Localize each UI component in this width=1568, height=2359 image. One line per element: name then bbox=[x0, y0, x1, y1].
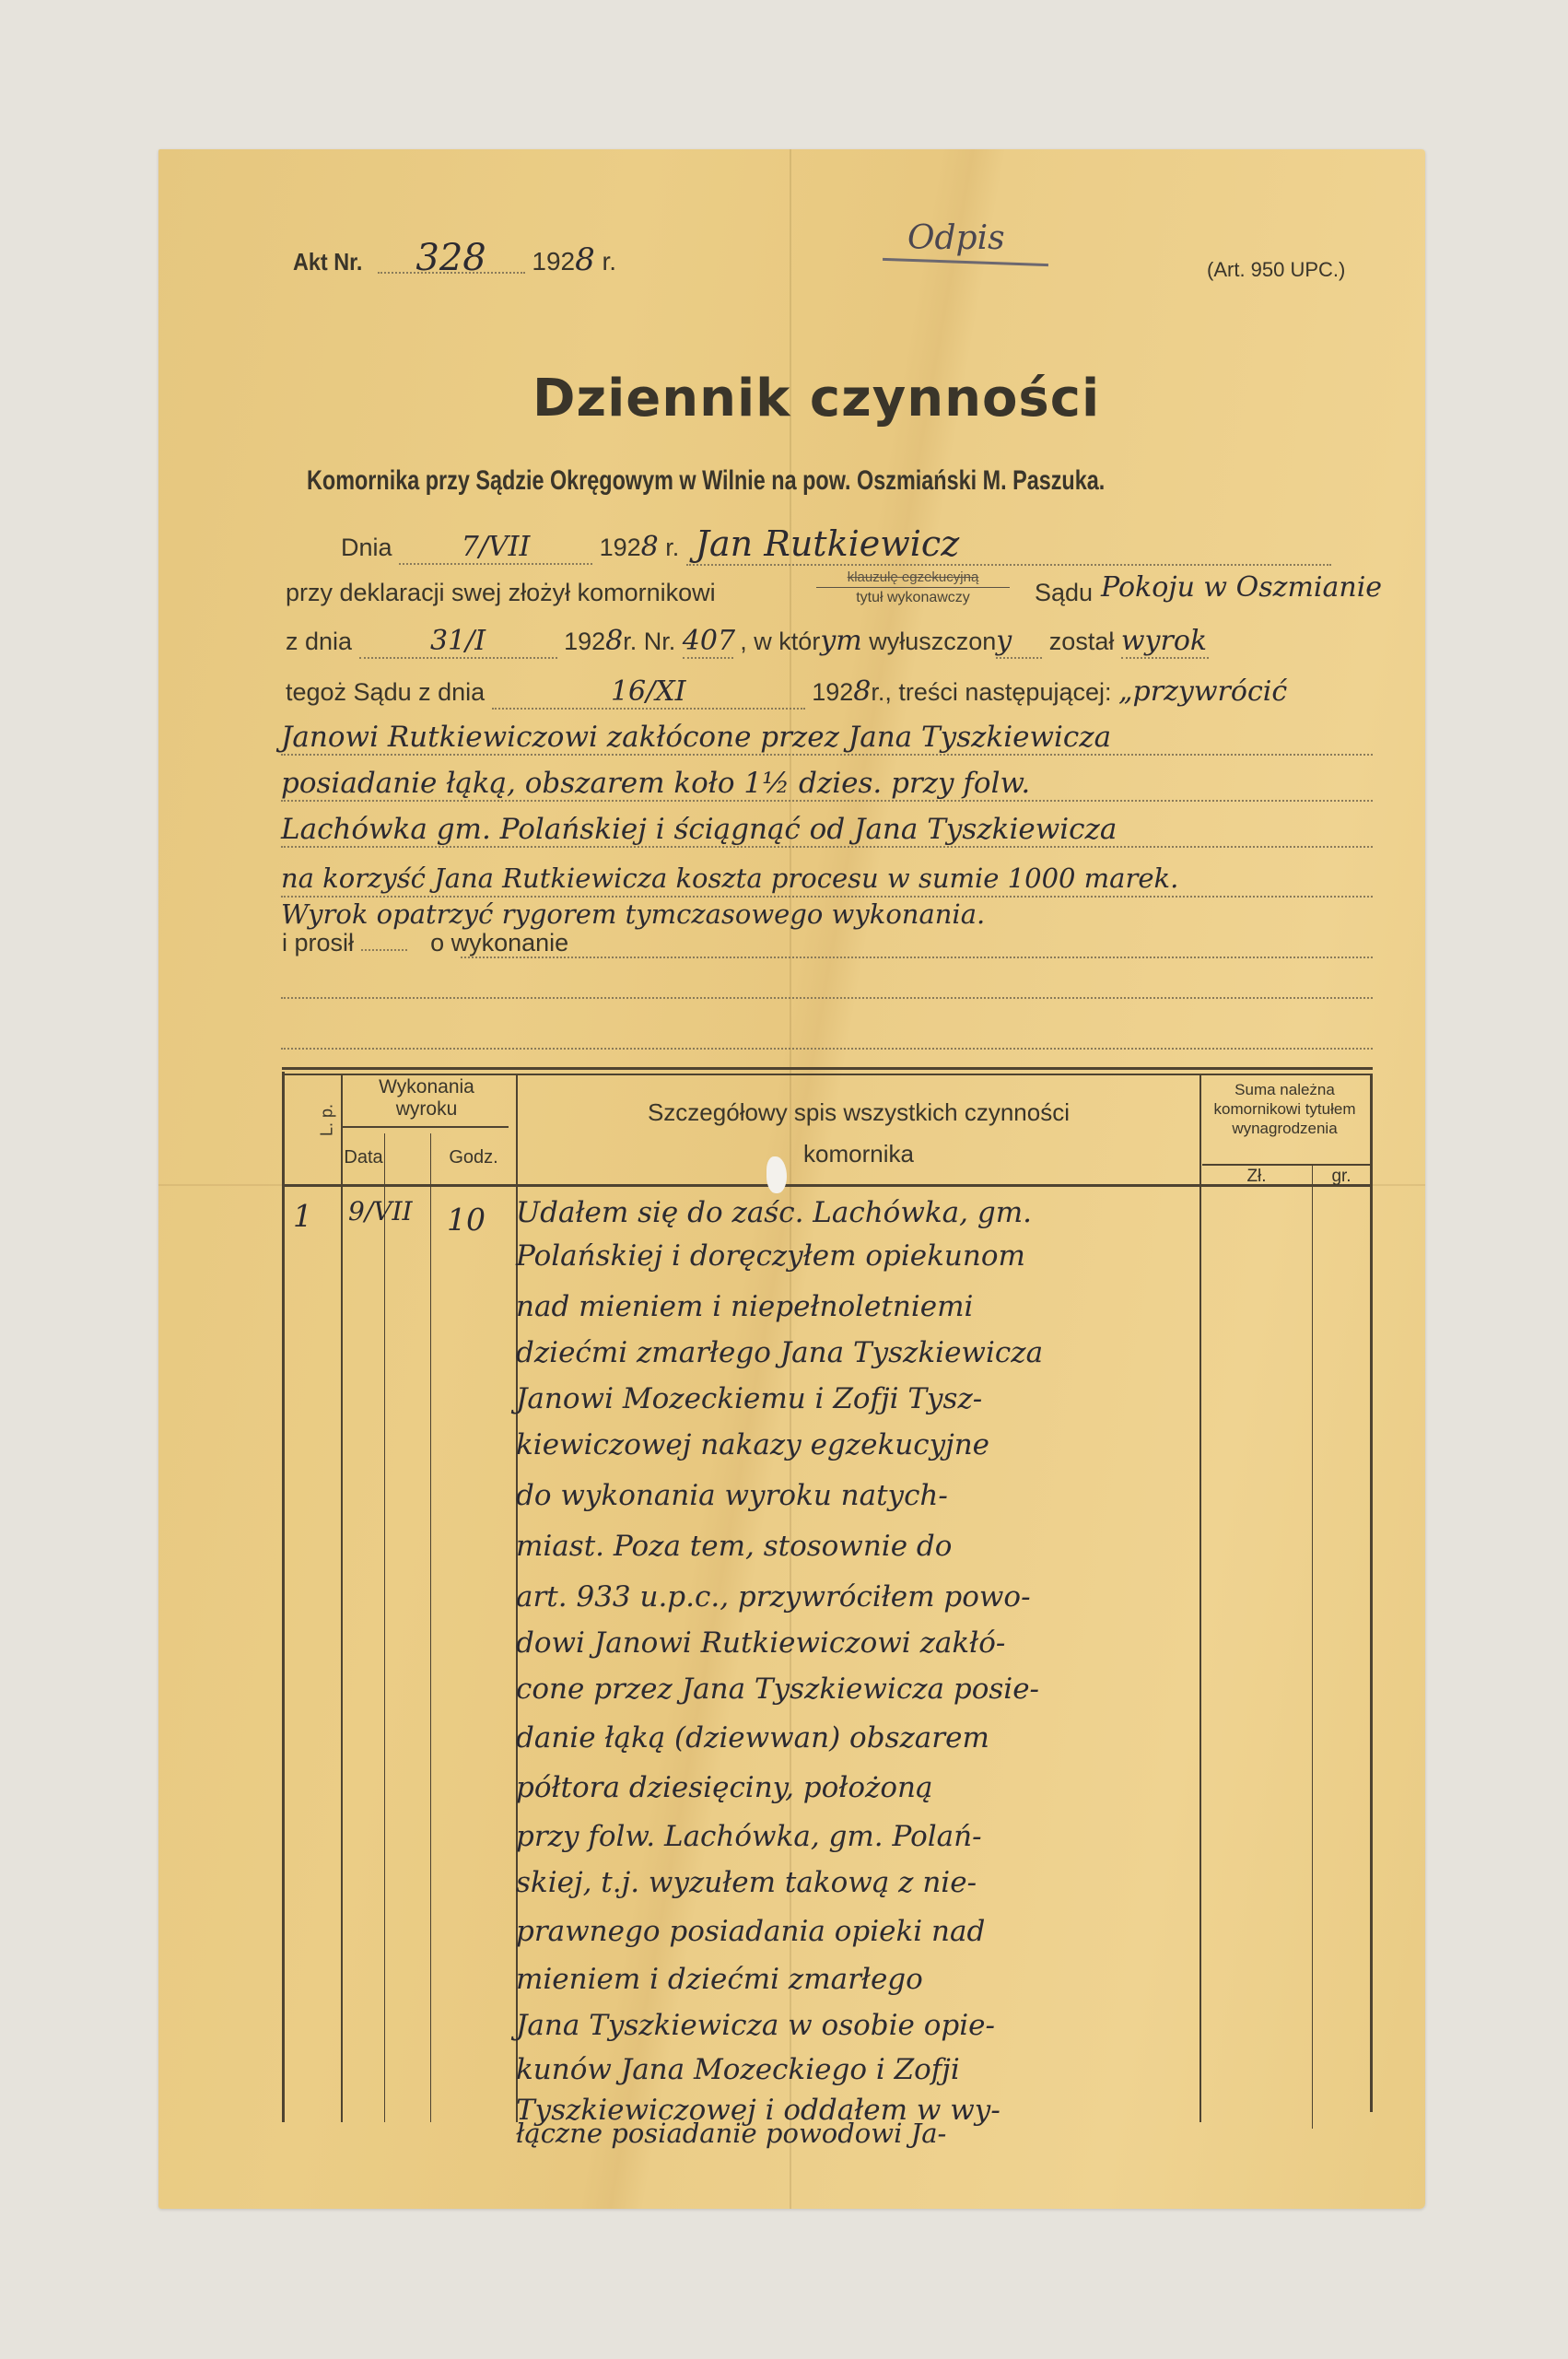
dotted-rule bbox=[281, 754, 1373, 756]
col-border-godz bbox=[430, 1133, 431, 2122]
tegoz-line: tegoż Sądu z dnia 16/XI 1928r., treści n… bbox=[286, 675, 1287, 710]
description-line: danie łąką (dziewwan) obszarem bbox=[516, 1721, 989, 1755]
col-border-lp bbox=[341, 1074, 343, 2122]
w-ktorym-hand: ym bbox=[820, 625, 861, 657]
wyluszczon-label: wyłuszczon bbox=[869, 628, 996, 655]
akt-label: Akt Nr. bbox=[293, 248, 362, 276]
description-line: Udałem się do zaśc. Lachówka, gm. bbox=[516, 1196, 1032, 1229]
deklaracja-line: przy deklaracji swej złożył komornikowi bbox=[286, 579, 716, 607]
sadu-value: Pokoju w Oszmianie bbox=[1101, 571, 1382, 604]
year3-prefix: 192 bbox=[812, 678, 853, 706]
tegoz-value: 16/XI bbox=[492, 675, 805, 710]
dotted-rule bbox=[281, 896, 1373, 898]
wykonanie-label: o wykonanie bbox=[430, 929, 568, 957]
dotted-rule bbox=[281, 846, 1373, 848]
header-spis-line2: komornika bbox=[518, 1140, 1199, 1168]
tresc-start: „przywrócić bbox=[1118, 675, 1287, 708]
table-top-rule bbox=[282, 1067, 1373, 1070]
col-border-data bbox=[384, 1133, 385, 2122]
tresc-line: Lachówka gm. Polańskiej i ściągnąć od Ja… bbox=[281, 813, 1117, 846]
header-wykonania: Wykonania wyroku bbox=[348, 1076, 505, 1121]
col-border-right bbox=[1370, 1075, 1373, 2112]
tresc-line: Wyrok opatrzyć rygorem tymczasowego wyko… bbox=[281, 898, 985, 930]
year1-prefix: 192 bbox=[600, 534, 641, 561]
akt-year-hand: 8 bbox=[575, 241, 595, 278]
dotted-rule bbox=[281, 800, 1373, 802]
prosil-line: i prosił o wykonanie bbox=[282, 929, 568, 957]
dnia-line: Dnia 7/VII 1928 r. Jan Rutkiewicz bbox=[341, 523, 1331, 566]
description-line: łączne posiadanie powodowi Ja- bbox=[516, 2118, 946, 2149]
zostal-label: został bbox=[1049, 628, 1115, 655]
header-spis-line1: Szczegółowy spis wszystkich czynności bbox=[518, 1098, 1199, 1127]
klauzula-struck: klauzulę egzekucyjną bbox=[807, 569, 1019, 585]
description-line: prawnego posiadania opieki nad bbox=[516, 1915, 985, 1948]
akt-year-suffix: r. bbox=[603, 247, 617, 276]
article-reference: (Art. 950 UPC.) bbox=[1207, 258, 1345, 282]
row-godz: 10 bbox=[447, 1202, 486, 1238]
year1-hand: 8 bbox=[641, 531, 659, 563]
tresc-line: Janowi Rutkiewiczowi zakłócone przez Jan… bbox=[281, 721, 1111, 754]
fold-crease-vertical bbox=[790, 149, 791, 2209]
title-type-fraction: klauzulę egzekucyjną tytuł wykonawczy bbox=[807, 569, 1019, 606]
suma-divider bbox=[1202, 1164, 1371, 1166]
dnia-value: 7/VII bbox=[399, 531, 592, 565]
tresc-line: na korzyść Jana Rutkiewicza koszta proce… bbox=[281, 863, 1178, 894]
row-data: 9/VII bbox=[348, 1196, 413, 1226]
year2-suffix: r. Nr. bbox=[623, 628, 675, 655]
year3-suffix: r., treści następującej: bbox=[871, 678, 1111, 706]
table-top-rule-inner bbox=[282, 1074, 1373, 1075]
description-line: przy folw. Lachówka, gm. Polań- bbox=[516, 1820, 982, 1853]
description-line: Janowi Mozeckiemu i Zofji Tysz- bbox=[516, 1382, 982, 1415]
row-lp: 1 bbox=[293, 1198, 312, 1234]
year3-hand: 8 bbox=[853, 675, 871, 708]
year1-suffix: r. bbox=[665, 534, 679, 561]
dotted-rule bbox=[461, 957, 1373, 958]
description-line: mieniem i dziećmi zmarłego bbox=[516, 1963, 923, 1996]
z-dnia-value: 31/I bbox=[359, 625, 557, 659]
description-line: dziećmi zmarłego Jana Tyszkiewicza bbox=[516, 1336, 1043, 1369]
page-title: Dziennik czynności bbox=[532, 369, 1100, 428]
header-lp: L. p. bbox=[318, 1097, 337, 1144]
header-data: Data bbox=[343, 1147, 384, 1168]
prosil-label: i prosił bbox=[282, 929, 354, 957]
nr-value: 407 bbox=[683, 625, 733, 659]
year2-prefix: 192 bbox=[564, 628, 605, 655]
description-line: Jana Tyszkiewicza w osobie opie- bbox=[516, 2009, 995, 2042]
w-ktorym-label: , w któr bbox=[740, 628, 820, 655]
dotted-rule bbox=[281, 997, 1373, 999]
page-subtitle: Komornika przy Sądzie Okręgowym w Wilnie… bbox=[307, 465, 1105, 497]
header-zl: Zł. bbox=[1201, 1167, 1312, 1187]
description-line: Polańskiej i doręczyłem opiekunom bbox=[516, 1239, 1025, 1273]
tytul-label: tytuł wykonawczy bbox=[807, 590, 1019, 606]
z-dnia-line: z dnia 31/I 1928r. Nr. 407 , w którym wy… bbox=[286, 625, 1209, 659]
prosil-blank bbox=[361, 949, 407, 951]
col-border-left bbox=[282, 1072, 285, 2122]
col-border-suma bbox=[1199, 1074, 1201, 2122]
sadu-label: Sądu bbox=[1035, 579, 1093, 607]
header-godz: Godz. bbox=[431, 1147, 516, 1168]
description-line: kiewiczowej nakazy egzekucyjne bbox=[516, 1428, 989, 1461]
zostal-value: wyrok bbox=[1121, 625, 1209, 659]
description-line: cone przez Jana Tyszkiewicza posie- bbox=[516, 1672, 1039, 1706]
header-suma: Suma należna komornikowi tytułem wynagro… bbox=[1209, 1080, 1361, 1138]
description-line: art. 933 u.p.c., przywróciłem powo- bbox=[516, 1580, 1031, 1614]
deklaracja-label: przy deklaracji swej złożył komornikowi bbox=[286, 579, 716, 606]
akt-year-prefix: 192 bbox=[532, 247, 575, 276]
description-line: dowi Janowi Rutkiewiczowi zakłó- bbox=[516, 1626, 1005, 1660]
akt-number: 328 bbox=[378, 244, 525, 274]
description-line: kunów Jana Mozeckiego i Zofji bbox=[516, 2053, 960, 2086]
wykonania-divider bbox=[343, 1126, 509, 1128]
description-line: półtora dziesięciny, położoną bbox=[516, 1771, 932, 1804]
akt-line: Akt Nr. 328 1928 r. bbox=[293, 241, 616, 278]
description-line: do wykonania wyroku natych- bbox=[516, 1479, 948, 1512]
year2-hand: 8 bbox=[605, 625, 623, 657]
tegoz-label: tegoż Sądu z dnia bbox=[286, 678, 485, 706]
paper-tear-hole bbox=[766, 1156, 787, 1193]
dnia-label: Dnia bbox=[341, 534, 392, 561]
declarant-name: Jan Rutkiewicz bbox=[686, 523, 1331, 566]
wyluszczon-hand: y bbox=[996, 625, 1042, 659]
header-gr: gr. bbox=[1313, 1167, 1370, 1187]
description-line: miast. Poza tem, stosownie do bbox=[516, 1530, 952, 1563]
dotted-rule bbox=[281, 1048, 1373, 1050]
col-border-zl bbox=[1312, 1166, 1313, 2129]
z-dnia-label: z dnia bbox=[286, 628, 352, 655]
description-line: nad mieniem i niepełnoletniemi bbox=[516, 1290, 973, 1323]
odpis-annotation: Odpis bbox=[907, 219, 1005, 257]
tresc-line: posiadanie łąką, obszarem koło 1½ dzies.… bbox=[281, 767, 1030, 800]
description-line: skiej, t.j. wyzułem takową z nie- bbox=[516, 1866, 977, 1899]
